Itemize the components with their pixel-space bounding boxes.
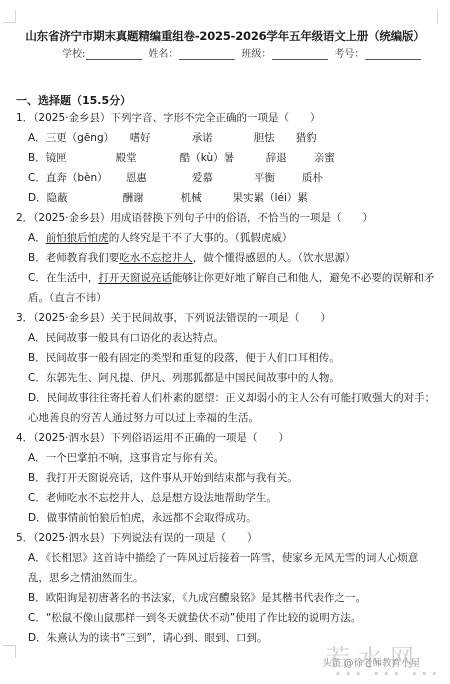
option-label: C． bbox=[28, 272, 46, 284]
option-text: 能够让你更好地了解自己和他人，避免不必要的误解和矛 bbox=[172, 272, 435, 284]
word: 猎豹 bbox=[296, 131, 317, 145]
question-1-option-d: D．隐蔽酬谢机械果实累（léi）累 bbox=[28, 191, 308, 205]
question-1-stem: 1．（2025·金乡县）下列字音、字形不完全正确的一项是（ ） bbox=[16, 111, 321, 125]
question-2-option-c-continuation: 盾。（直言不讳） bbox=[28, 291, 107, 305]
exam-number-blank bbox=[365, 49, 421, 60]
underlined-phrase: 打开天窗说亮话 bbox=[98, 272, 172, 284]
option-text: 朱熹认为的读书“三到”，请心到、眼到、口到。 bbox=[47, 632, 268, 644]
word: 三更（gēng） bbox=[46, 131, 130, 145]
underlined-phrase: 前怕狼后怕虎 bbox=[46, 232, 109, 244]
option-label: A． bbox=[28, 132, 46, 144]
option-label: C． bbox=[28, 372, 46, 384]
option-label: C． bbox=[28, 492, 46, 504]
option-text: 《长相思》这首诗中描绘了一阵风过后接着一阵雪，使家乡无风无雪的词人心烦意 bbox=[46, 552, 419, 564]
document-title: 山东省济宁市期末真题精编重组卷-2025-2026学年五年级语文上册（统编版） bbox=[0, 28, 450, 44]
question-2-option-b: B．老师教育我们要吃水不忘挖井人，做个懂得感恩的人。（饮水思源） bbox=[28, 251, 355, 265]
crop-mark-top-left bbox=[3, 10, 16, 23]
option-label: B． bbox=[28, 252, 46, 264]
school-label: 学校: bbox=[62, 45, 85, 60]
question-5-option-c: C．“松鼠不像山鼠那样一到冬天就蛰伏不动”使用了作比较的说明方法。 bbox=[28, 611, 361, 625]
option-text: 老师教育我们要 bbox=[46, 252, 120, 264]
option-text: 做事情前怕狼后怕虎，永远都不会取得成功。 bbox=[47, 512, 257, 524]
question-number: 5． bbox=[16, 532, 33, 544]
option-label: B． bbox=[28, 352, 46, 364]
question-4-option-d: D．做事情前怕狼后怕虎，永远都不会取得成功。 bbox=[28, 511, 257, 525]
word: 胆怯 bbox=[254, 131, 296, 145]
word: 机械 bbox=[181, 191, 233, 205]
underlined-phrase: 吃水不忘挖井人 bbox=[119, 252, 193, 264]
question-5-stem: 5．（2025·泗水县）下列说法有误的一项是（ ） bbox=[16, 531, 258, 545]
option-text: 民间故事一般具有口语化的表达特点。 bbox=[46, 332, 225, 344]
word: 平衡 bbox=[254, 171, 302, 185]
word: 爱慕 bbox=[192, 171, 254, 185]
option-label: C． bbox=[28, 612, 46, 624]
word: 承诺 bbox=[192, 131, 254, 145]
question-text: （2025·泗水县）下列俗语运用不正确的一项是（ ） bbox=[33, 432, 289, 444]
option-label: B． bbox=[28, 472, 46, 484]
option-text: 民间故事一般有固定的类型和重复的段落，便于人们口耳相传。 bbox=[46, 352, 340, 364]
question-2-stem: 2．（2025·金乡县）用成语替换下列句子中的俗语，不恰当的一项是（ ） bbox=[16, 211, 373, 225]
exam-number-label: 考号： bbox=[334, 45, 364, 60]
option-text: 欧阳询是初唐著名的书法家，《九成宫醴泉铭》是其楷书代表作之一。 bbox=[46, 592, 366, 604]
option-text: 在生活中， bbox=[46, 272, 99, 284]
word: 镜匣 bbox=[46, 151, 116, 165]
question-5-option-b: B．欧阳询是初唐著名的书法家，《九成宫醴泉铭》是其楷书代表作之一。 bbox=[28, 591, 366, 605]
word: 亲蜜 bbox=[314, 151, 335, 165]
question-3-stem: 3．（2025·金乡县）关于民间故事，下列说法错误的一项是（ ） bbox=[16, 311, 331, 325]
question-4-option-b: B．我打开天窗说亮话，这件事从开始到结束都与我有关。 bbox=[28, 471, 298, 485]
question-2-option-c: C．在生活中，打开天窗说亮话能够让你更好地了解自己和他人，避免不必要的误解和矛 bbox=[28, 271, 434, 285]
question-text: （2025·金乡县）关于民间故事，下列说法错误的一项是（ ） bbox=[33, 312, 331, 324]
option-text: 民间故事往往寄托着人们朴素的愿望：正义却弱小的主人公有可能打败强大的对手； bbox=[47, 392, 436, 404]
option-text: 老师吃水不忘挖井人，总是想方设法地帮助学生。 bbox=[46, 492, 277, 504]
word: 质朴 bbox=[302, 171, 323, 185]
watermark-decoration: ▪▪▪ ▪▪▪ ▪▪▪ bbox=[336, 670, 442, 677]
word: 酷（kù）暑 bbox=[180, 151, 266, 165]
option-label: A． bbox=[28, 452, 46, 464]
option-label: D． bbox=[28, 512, 47, 524]
question-1-option-c: C．直奔（bèn）恩惠爱慕平衡质朴 bbox=[28, 171, 323, 185]
option-label: C． bbox=[28, 172, 46, 184]
word: 辞退 bbox=[266, 151, 314, 165]
word: 直奔（bèn） bbox=[46, 171, 126, 185]
option-label: A． bbox=[28, 332, 46, 344]
question-1-option-a: A．三更（gēng）嗜好承诺胆怯猎豹 bbox=[28, 131, 317, 145]
option-text: 东郭先生、阿凡提、伊凡、列那狐都是中国民间故事中的人物。 bbox=[46, 372, 340, 384]
section-heading: 一、选择题（15.5分） bbox=[16, 92, 131, 108]
question-4-stem: 4．（2025·泗水县）下列俗语运用不正确的一项是（ ） bbox=[16, 431, 289, 445]
option-text: 的人终究是干不了大事的。（狐假虎威） bbox=[109, 232, 293, 244]
watermark: 若水网 头条 @徐老师教育小屋 ▪▪▪ ▪▪▪ ▪▪▪ bbox=[322, 638, 442, 678]
crop-mark-top-right bbox=[437, 10, 450, 24]
question-1-option-b: B．镜匣殿堂酷（kù）暑辞退亲蜜 bbox=[28, 151, 335, 165]
class-label: 班级： bbox=[241, 45, 271, 60]
question-4-option-c: C．老师吃水不忘挖井人，总是想方设法地帮助学生。 bbox=[28, 491, 277, 505]
question-3-option-b: B．民间故事一般有固定的类型和重复的段落，便于人们口耳相传。 bbox=[28, 351, 340, 365]
question-text: （2025·金乡县）下列字音、字形不完全正确的一项是（ ） bbox=[33, 112, 320, 124]
option-label: D． bbox=[28, 392, 47, 404]
option-text: “松鼠不像山鼠那样一到冬天就蛰伏不动”使用了作比较的说明方法。 bbox=[46, 612, 361, 624]
word: 殿堂 bbox=[116, 151, 180, 165]
question-3-option-a: A．民间故事一般具有口语化的表达特点。 bbox=[28, 331, 224, 345]
school-blank bbox=[86, 49, 142, 60]
question-4-option-a: A．一个巴掌拍不响，这事肯定与你有关。 bbox=[28, 451, 224, 465]
word: 隐蔽 bbox=[47, 191, 123, 205]
question-5-option-a: A．《长相思》这首诗中描绘了一阵风过后接着一阵雪，使家乡无风无雪的词人心烦意 bbox=[28, 551, 418, 565]
option-label: D． bbox=[28, 632, 47, 644]
option-label: A． bbox=[28, 552, 46, 564]
option-text: 一个巴掌拍不响，这事肯定与你有关。 bbox=[46, 452, 225, 464]
option-text: ，做个懂得感恩的人。（饮水思源） bbox=[193, 252, 356, 264]
name-label: 姓名： bbox=[148, 45, 178, 60]
question-text: （2025·泗水县）下列说法有误的一项是（ ） bbox=[33, 532, 257, 544]
class-blank bbox=[272, 49, 328, 60]
option-label: B． bbox=[28, 592, 46, 604]
crop-mark-bottom-left bbox=[3, 645, 16, 658]
word: 酬谢 bbox=[123, 191, 181, 205]
word: 嗜好 bbox=[130, 131, 192, 145]
question-2-option-a: A．前怕狼后怕虎的人终究是干不了大事的。（狐假虎威） bbox=[28, 231, 292, 245]
question-3-option-d-continuation: 心地善良的穷苦人通过努力可以过上幸福的生活。 bbox=[28, 411, 259, 425]
option-text: 我打开天窗说亮话，这件事从开始到结束都与我有关。 bbox=[46, 472, 298, 484]
question-5-option-a-continuation: 乱，思乡之情油然而生。 bbox=[28, 571, 144, 585]
question-3-option-c: C．东郭先生、阿凡提、伊凡、列那狐都是中国民间故事中的人物。 bbox=[28, 371, 340, 385]
watermark-author: 头条 @徐老师教育小屋 bbox=[322, 655, 420, 669]
option-label: D． bbox=[28, 192, 47, 204]
question-number: 3． bbox=[16, 312, 33, 324]
question-number: 4． bbox=[16, 432, 33, 444]
question-number: 1． bbox=[16, 112, 33, 124]
question-5-option-d: D．朱熹认为的读书“三到”，请心到、眼到、口到。 bbox=[28, 631, 267, 645]
student-info-row: 学校: 姓名： 班级： 考号： bbox=[62, 45, 427, 60]
option-label: A． bbox=[28, 232, 46, 244]
word: 果实累（léi）累 bbox=[233, 191, 308, 205]
question-text: （2025·金乡县）用成语替换下列句子中的俗语，不恰当的一项是（ ） bbox=[33, 212, 373, 224]
name-blank bbox=[179, 49, 235, 60]
option-label: B． bbox=[28, 152, 46, 164]
word: 恩惠 bbox=[126, 171, 192, 185]
question-3-option-d: D．民间故事往往寄托着人们朴素的愿望：正义却弱小的主人公有可能打败强大的对手； bbox=[28, 391, 435, 405]
question-number: 2． bbox=[16, 212, 33, 224]
